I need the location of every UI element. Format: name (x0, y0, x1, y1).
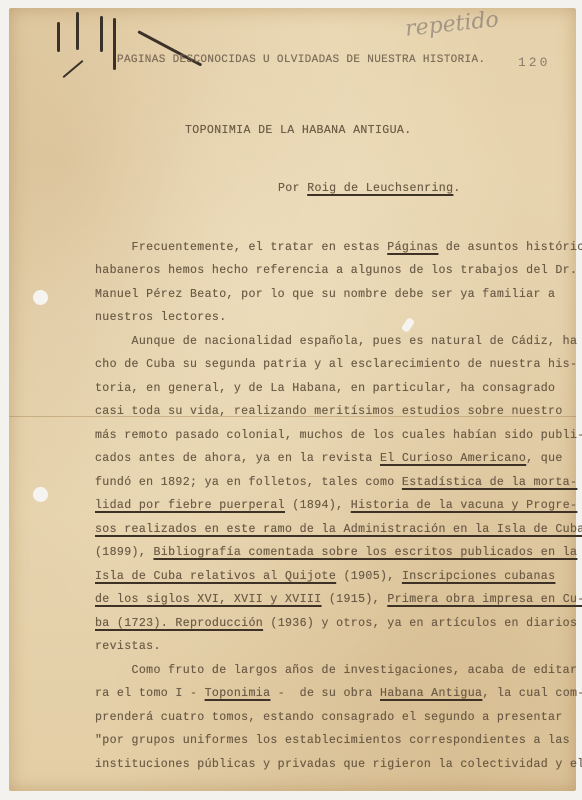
text-line: Frecuentemente, el tratar en estas Págin… (95, 241, 582, 254)
text-line: Aunque de nacionalidad española, pues es… (95, 335, 582, 348)
ink-mark (76, 12, 79, 50)
underlined-title: sos realizados en este ramo de la Admini… (95, 523, 582, 536)
underlined-title: Isla de Cuba relativos al Quijote (95, 570, 336, 583)
underlined-title: Historia de la vacuna y Progre- (351, 499, 578, 512)
text-run: (1894), (285, 499, 351, 512)
byline-period: . (453, 182, 460, 195)
underlined-title: Inscripciones cubanas (402, 570, 555, 583)
text-line: cados antes de ahora, ya en la revista E… (95, 452, 563, 465)
text-run: (1936) y otros, ya en artículos en diari… (263, 617, 582, 630)
text-line: toria, en general, y de La Habana, en pa… (95, 382, 555, 395)
text-run: nuestros lectores. (95, 311, 227, 324)
underlined-title: lidad por fiebre puerperal (95, 499, 285, 512)
text-run: revistas. (95, 640, 161, 653)
text-line: nuestros lectores. (95, 311, 227, 324)
text-run: Frecuentemente, el tratar en estas (95, 241, 387, 254)
punch-hole (33, 487, 48, 502)
text-run: de asuntos históricos (438, 241, 582, 254)
text-run: (1905), (336, 570, 402, 583)
ink-mark (57, 22, 60, 52)
text-line: casi toda su vida, realizando meritísimo… (95, 405, 563, 418)
text-line: instituciones públicas y privadas que ri… (95, 758, 582, 771)
text-run: "por grupos uniformes los establecimient… (95, 734, 570, 747)
underlined-title: Páginas (387, 241, 438, 254)
document-title: TOPONIMIA DE LA HABANA ANTIGUA. (185, 124, 412, 137)
text-line: lidad por fiebre puerperal (1894), Histo… (95, 499, 577, 512)
text-run: ra el tomo I - (95, 687, 205, 700)
underlined-title: ba (1723). Reproducción (95, 617, 263, 630)
text-run: Como fruto de largos años de investigaci… (95, 664, 582, 677)
text-run: (1915), (322, 593, 388, 606)
text-line: Como fruto de largos años de investigaci… (95, 664, 582, 677)
text-run: habaneros hemos hecho referencia a algun… (95, 264, 577, 277)
text-line: fundó en 1892; ya en folletos, tales com… (95, 476, 577, 489)
text-line: prenderá cuatro tomos, estando consagrad… (95, 711, 563, 724)
text-run: más remoto pasado colonial, muchos de lo… (95, 429, 582, 442)
text-run: fundó en 1892; ya en folletos, tales com… (95, 476, 402, 489)
text-line: revistas. (95, 640, 161, 653)
text-line: Isla de Cuba relativos al Quijote (1905)… (95, 570, 555, 583)
text-run: casi toda su vida, realizando meritísimo… (95, 405, 563, 418)
byline-prefix: Por (278, 182, 300, 195)
text-run: Aunque de nacionalidad española, pues es… (95, 335, 582, 348)
ink-mark (113, 18, 116, 70)
running-header: PAGINAS DESCONOCIDAS U OLVIDADAS DE NUES… (117, 54, 485, 66)
text-run: cados antes de ahora, ya en la revista (95, 452, 380, 465)
page-number: 120 (518, 55, 550, 70)
text-line: Manuel Pérez Beato, por lo que su nombre… (95, 288, 555, 301)
text-line: habaneros hemos hecho referencia a algun… (95, 264, 577, 277)
text-run: (1899), (95, 546, 153, 559)
text-line: ba (1723). Reproducción (1936) y otros, … (95, 617, 582, 630)
text-line: sos realizados en este ramo de la Admini… (95, 523, 582, 536)
text-run: instituciones públicas y privadas que ri… (95, 758, 582, 771)
text-line: más remoto pasado colonial, muchos de lo… (95, 429, 582, 442)
text-run: , la cual com- (482, 687, 582, 700)
underlined-title: de los siglos XVI, XVII y XVIII (95, 593, 322, 606)
text-line: ra el tomo I - Toponimia - de su obra Ha… (95, 687, 582, 700)
text-line: cho de Cuba su segunda patria y al escla… (95, 358, 577, 371)
punch-hole (33, 290, 48, 305)
underlined-title: Bibliografía comentada sobre los escrito… (153, 546, 577, 559)
byline: Por Roig de Leuchsenring. (278, 182, 461, 195)
underlined-title: Primera obra impresa en Cu- (387, 593, 582, 606)
underlined-title: Estadística de la morta- (402, 476, 577, 489)
text-run: prenderá cuatro tomos, estando consagrad… (95, 711, 563, 724)
text-run: , que (526, 452, 563, 465)
text-line: "por grupos uniformes los establecimient… (95, 734, 570, 747)
underlined-title: Toponimia (205, 687, 271, 700)
text-line: de los siglos XVI, XVII y XVIII (1915), … (95, 593, 582, 606)
ink-mark (100, 16, 103, 52)
text-run: Manuel Pérez Beato, por lo que su nombre… (95, 288, 555, 301)
text-run: cho de Cuba su segunda patria y al escla… (95, 358, 577, 371)
underlined-title: Habana Antigua (380, 687, 482, 700)
text-line: (1899), Bibliografía comentada sobre los… (95, 546, 577, 559)
underlined-title: El Curioso Americano (380, 452, 526, 465)
author-name: Roig de Leuchsenring (307, 182, 453, 195)
text-run: toria, en general, y de La Habana, en pa… (95, 382, 555, 395)
text-run: - de su obra (270, 687, 380, 700)
